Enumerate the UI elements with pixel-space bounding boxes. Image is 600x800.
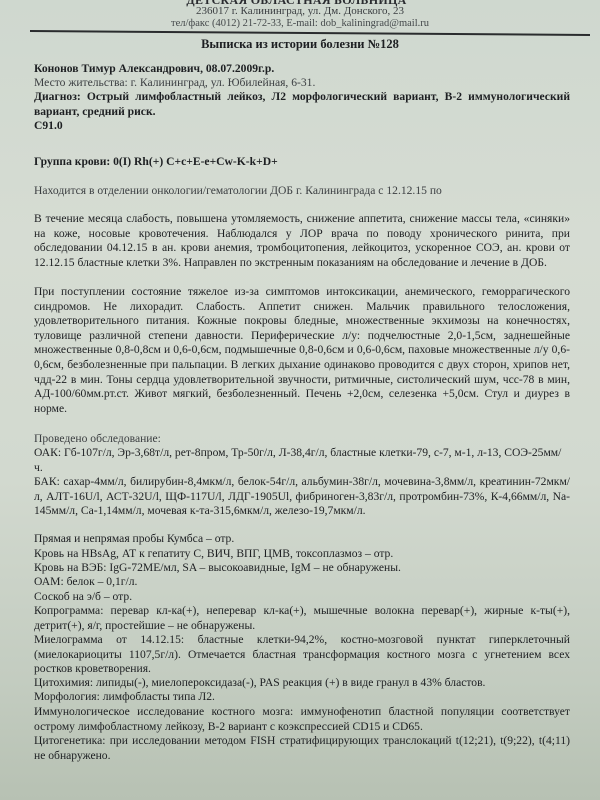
- coombs-test: Прямая и непрямая пробы Кумбса – отр.: [34, 532, 570, 547]
- coprogram: Копрограмма: перевар кл-ка(+), неперевар…: [34, 604, 570, 633]
- header-divider: [30, 30, 590, 35]
- cytochemistry: Цитохимия: липиды(-), миелопероксидаза(-…: [34, 676, 570, 691]
- infection-tests: Кровь на HBsAg, АТ к гепатиту С, ВИЧ, ВП…: [34, 547, 570, 562]
- admission-status: При поступлении состояние тяжелое из-за …: [34, 285, 570, 416]
- ebv-test: Кровь на ВЭБ: IgG-72МЕ/мл, SA – высокоав…: [34, 561, 570, 576]
- anamnesis: В течение месяца слабость, повышена утом…: [34, 212, 570, 270]
- discharge-summary-page: ДЕТСКАЯ ОБЛАСТНАЯ БОЛЬНИЦА" 236017 г. Ка…: [0, 0, 600, 800]
- department-stay: Находится в отделении онкологии/гематоло…: [34, 184, 570, 199]
- document-title: Выписка из истории болезни №128: [0, 37, 600, 52]
- diagnosis: Диагноз: Острый лимфобластный лейкоз, Л2…: [34, 90, 570, 119]
- biochemistry-results: БАК: сахар-4мм/л, билирубин-8,4мкм/л, бе…: [34, 475, 570, 519]
- immunology: Иммунологическое исследование костного м…: [34, 705, 570, 734]
- urinalysis: ОАМ: белок – 0,1г/л.: [34, 575, 570, 590]
- cytogenetics: Цитогенетика: при исследовании методом F…: [34, 734, 570, 763]
- myelogram: Миелограмма от 14.12.15: бластные клетки…: [34, 633, 570, 677]
- exam-heading: Проведено обследование:: [34, 432, 570, 447]
- scraping-test: Соскоб на э/б – отр.: [34, 590, 570, 605]
- patient-residence: Место жительства: г. Калининград, ул. Юб…: [34, 76, 570, 91]
- cbc-results: ОАК: Гб-107г/л, Эр-3,68т/л, рет-8пром, Т…: [34, 446, 570, 475]
- diagnosis-text: Острый лимфобластный лейкоз, Л2 морфолог…: [34, 90, 570, 118]
- blood-group: Группа крови: 0(I) Rh(+) C+c+E-e+Cw-K-k+…: [34, 155, 570, 170]
- morphology: Морфология: лимфобласты типа Л2.: [34, 690, 570, 705]
- diagnosis-label: Диагноз:: [34, 90, 81, 103]
- icd-code: C91.0: [34, 119, 570, 134]
- hospital-contact: тел/факс (4012) 21-72-33, E-mail: dob_ka…: [0, 18, 600, 29]
- hospital-address: 236017 г. Калининград, ул. Дм. Донского,…: [0, 5, 600, 17]
- patient-name: Кононов Тимур Александрович, 08.07.2009г…: [34, 62, 570, 77]
